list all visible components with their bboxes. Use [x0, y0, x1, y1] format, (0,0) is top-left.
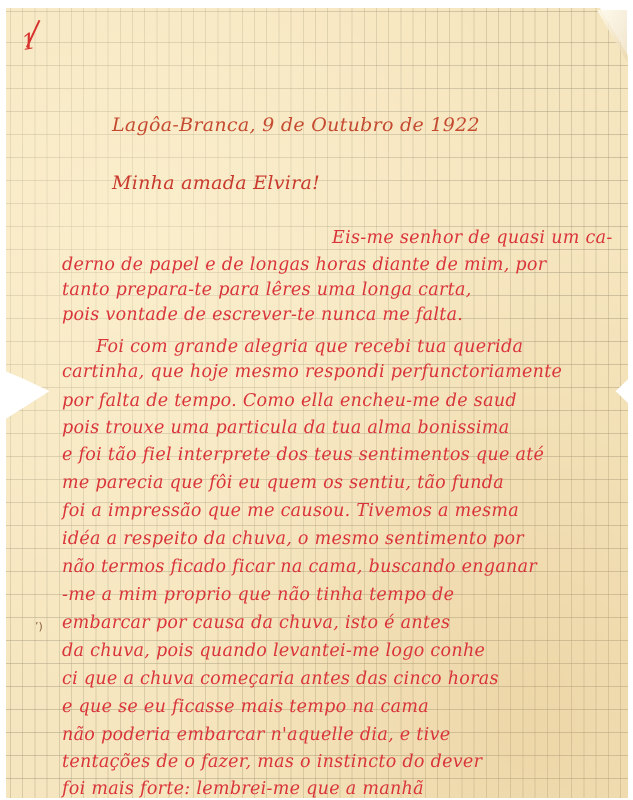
body-line: embarcar por causa da chuva, isto é ante…: [62, 613, 450, 633]
body-line: da chuva, pois quando levantei-me logo c…: [62, 641, 485, 661]
body-line: não termos ficado ficar na cama, buscand…: [62, 557, 537, 577]
body-line: foi a impressão que me causou. Tivemos a…: [62, 501, 519, 521]
place-date: Lagôa-Branca, 9 de Outubro de 1922: [112, 114, 480, 136]
body-line: por falta de tempo. Como ella encheu-me …: [62, 391, 517, 411]
body-line: -me a mim proprio que não tinha tempo de: [62, 585, 454, 605]
body-line: tanto prepara-te para lêres uma longa ca…: [62, 280, 472, 300]
body-line: ci que a chuva começaria antes das cinco…: [62, 669, 499, 689]
body-line: pois trouxe uma particula da tua alma bo…: [62, 418, 509, 438]
body-line: não poderia embarcar n'aquelle dia, e ti…: [62, 725, 450, 745]
body-line: Eis-me senhor de quasi um ca-: [332, 228, 613, 248]
body-line: e que se eu ficasse mais tempo na cama: [62, 697, 429, 717]
salutation: Minha amada Elvira!: [112, 172, 320, 194]
body-line: foi mais forte: lembrei-me que a manhã: [62, 779, 424, 799]
body-line: derno de papel e de longas horas diante …: [62, 255, 546, 275]
body-line: me parecia que fôi eu quem os sentiu, tã…: [62, 473, 504, 493]
body-line: tentações de o fazer, mas o instincto do…: [62, 752, 482, 772]
body-line: idéa a respeito da chuva, o mesmo sentim…: [62, 529, 524, 549]
body-line: cartinha, que hoje mesmo respondi perfun…: [62, 362, 562, 382]
body-line: Foi com grande alegria que recebi tua qu…: [96, 337, 523, 357]
body-line: e foi tão fiel interprete dos teus senti…: [62, 445, 544, 465]
margin-mark: ʼ): [35, 620, 43, 633]
body-line: pois vontade de escrever-te nunca me fal…: [62, 305, 463, 325]
